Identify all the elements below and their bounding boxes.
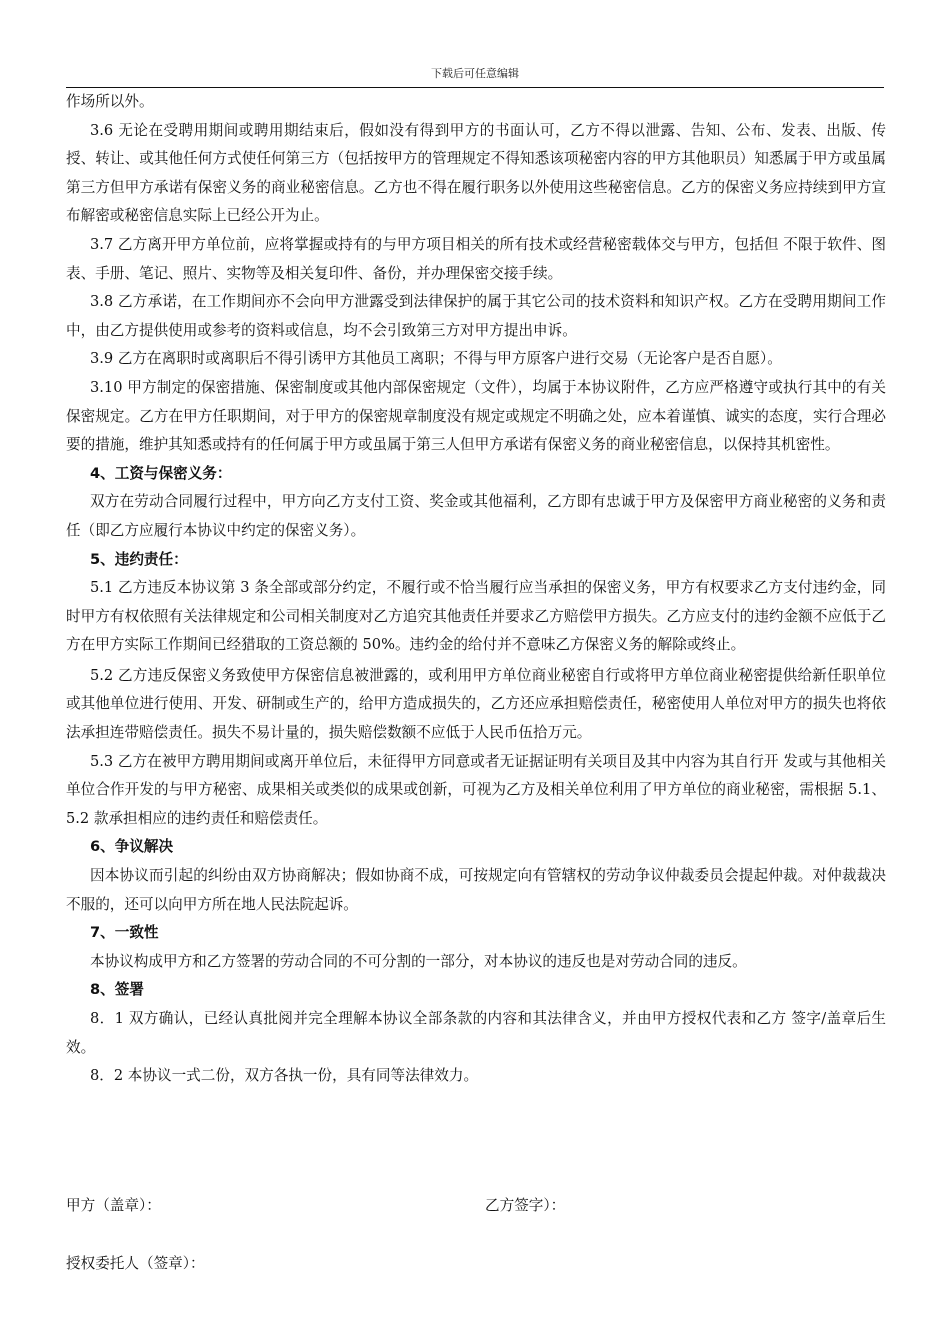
clause-5-3: 5.3 乙方在被甲方聘用期间或离开单位后，未征得甲方同意或者无证据证明有关项目及… bbox=[66, 748, 886, 834]
clause-3-9: 3.9 乙方在离职时或离职后不得引诱甲方其他员工离职；不得与甲方原客户进行交易（… bbox=[66, 345, 886, 374]
clause-5-1: 5.1 乙方违反本协议第 3 条全部或部分约定，不履行或不恰当履行应当承担的保密… bbox=[66, 574, 886, 660]
document-body: 作场所以外。 3.6 无论在受聘用期间或聘用期结束后，假如没有得到甲方的书面认可… bbox=[66, 88, 886, 1091]
clause-3-7: 3.7 乙方离开甲方单位前，应将掌握或持有的与甲方项目相关的所有技术或经营秘密载… bbox=[66, 231, 886, 288]
section-heading-6: 6、争议解决 bbox=[66, 833, 886, 862]
section-heading-7: 7、一致性 bbox=[66, 919, 886, 948]
clause-3-8: 3.8 乙方承诺，在工作期间亦不会向甲方泄露受到法律保护的属于其它公司的技术资料… bbox=[66, 288, 886, 345]
clause-8-1: 8．1 双方确认，已经认真批阅并完全理解本协议全部条款的内容和其法律含义，并由甲… bbox=[66, 1005, 886, 1062]
clause-3-6: 3.6 无论在受聘用期间或聘用期结束后，假如没有得到甲方的书面认可，乙方不得以泄… bbox=[66, 117, 886, 231]
clause-8-2: 8．2 本协议一式二份，双方各执一份，具有同等法律效力。 bbox=[66, 1062, 886, 1091]
party-a-signature-label: 甲方（盖章）： bbox=[66, 1192, 161, 1220]
section-heading-4: 4、工资与保密义务： bbox=[66, 460, 886, 489]
section-heading-8: 8、签署 bbox=[66, 976, 886, 1005]
section-heading-5: 5、违约责任： bbox=[66, 546, 886, 575]
clause-3-10: 3.10 甲方制定的保密措施、保密制度或其他内部保密规定（文件），均属于本协议附… bbox=[66, 374, 886, 460]
section-6-body: 因本协议而引起的纠纷由双方协商解决；假如协商不成，可按规定向有管辖权的劳动争议仲… bbox=[66, 862, 886, 919]
section-4-body: 双方在劳动合同履行过程中，甲方向乙方支付工资、奖金或其他福利，乙方即有忠诚于甲方… bbox=[66, 488, 886, 545]
section-7-body: 本协议构成甲方和乙方签署的劳动合同的不可分割的一部分，对本协议的违反也是对劳动合… bbox=[66, 948, 886, 977]
paragraph-continuation: 作场所以外。 bbox=[66, 88, 886, 117]
clause-5-2: 5.2 乙方违反保密义务致使甲方保密信息被泄露的，或利用甲方单位商业秘密自行或将… bbox=[66, 662, 886, 748]
party-b-signature-label: 乙方签字）： bbox=[485, 1192, 565, 1220]
page-header: 下载后可任意编辑 bbox=[66, 66, 884, 82]
authorized-agent-signature-label: 授权委托人（签章）： bbox=[66, 1250, 205, 1278]
